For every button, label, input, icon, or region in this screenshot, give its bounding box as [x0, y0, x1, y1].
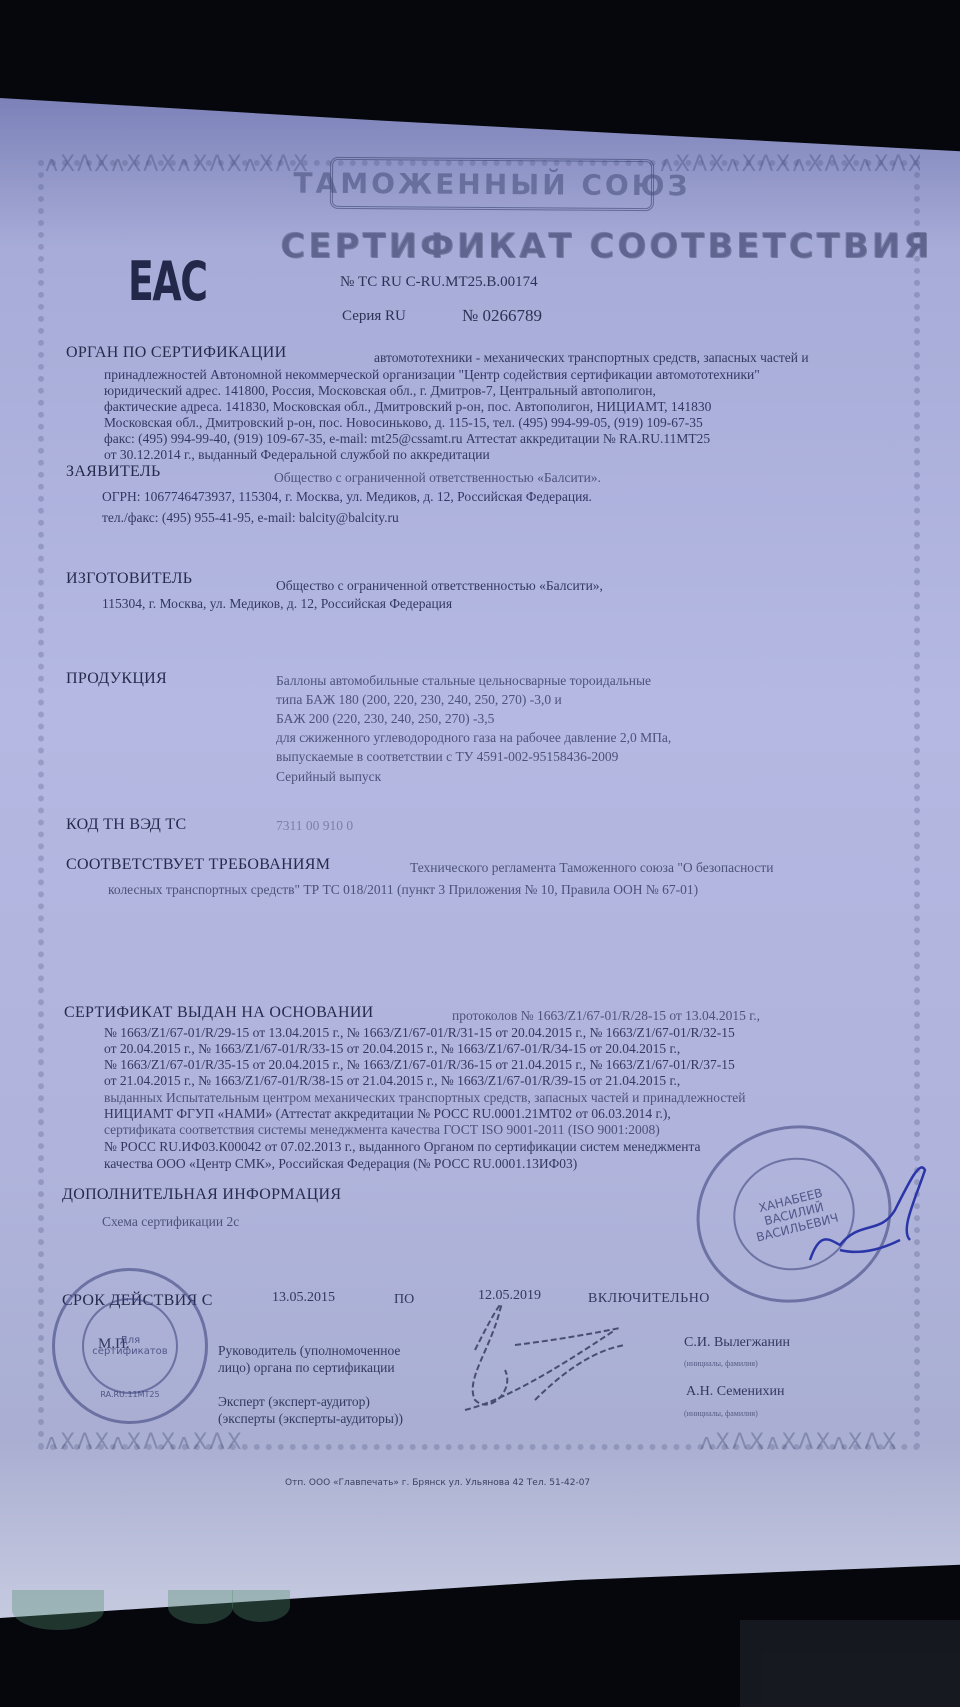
- applicant-contacts: тел./факс: (495) 955-41-95, e-mail: balc…: [102, 510, 399, 526]
- basis-text: сертификата соответствия системы менеджм…: [104, 1122, 660, 1138]
- head-signature: [445, 1290, 705, 1430]
- valid-from-date: 13.05.2015: [272, 1290, 335, 1306]
- product-line: Баллоны автомобильные стальные цельносва…: [276, 673, 651, 689]
- basis-text: качества ООО «Центр СМК», Российская Фед…: [104, 1156, 577, 1172]
- decorative-green-blob: [232, 1590, 290, 1622]
- certification-body-line: факс: (495) 994-99-40, (919) 109-67-35, …: [104, 431, 710, 447]
- certification-body-line: автомототехники - механических транспорт…: [374, 350, 809, 366]
- section-label-certification-body: ОРГАН ПО СЕРТИФИКАЦИИ: [66, 344, 286, 362]
- customs-union-banner: ТАМОЖЕННЫЙ СОЮЗ: [330, 157, 654, 211]
- basis-text: от 20.04.2015 г., № 1663/Z1/67-01/R/33-1…: [104, 1041, 680, 1057]
- certification-body-line: юридический адрес. 141800, Россия, Моско…: [104, 383, 656, 399]
- head-role-line: Руководитель (уполномоченное: [218, 1343, 400, 1359]
- certification-scheme: Схема сертификации 2с: [102, 1214, 239, 1230]
- decorative-green-blob: [168, 1590, 233, 1624]
- hs-code-value: 7311 00 910 0: [276, 818, 353, 834]
- stamp-center-text: Для: [120, 1335, 140, 1346]
- product-line: типа БАЖ 180 (200, 220, 230, 240, 250, 2…: [276, 692, 562, 708]
- certification-body-line: от 30.12.2014 г., выданный Федеральной с…: [104, 447, 490, 463]
- certificate-title: СЕРТИФИКАТ СООТВЕТСТВИЯ: [280, 226, 932, 266]
- applicant-name: Общество с ограниченной ответственностью…: [274, 470, 601, 486]
- manufacturer-address: 115304, г. Москва, ул. Медиков, д. 12, Р…: [102, 596, 452, 612]
- certification-body-line: Московская обл., Дмитровский р-он, пос. …: [104, 415, 703, 431]
- border-pattern-top-left: ʌXΛXʌXΛXʌXΛXʌXΛX: [45, 152, 325, 177]
- expert-role-line: Эксперт (эксперт-аудитор): [218, 1394, 370, 1410]
- basis-text: № 1663/Z1/67-01/R/29-15 от 13.04.2015 г.…: [104, 1025, 735, 1041]
- section-label-conforms: СООТВЕТСТВУЕТ ТРЕБОВАНИЯМ: [66, 856, 330, 874]
- certification-body-line: фактические адреса. 141830, Московская о…: [104, 399, 711, 415]
- certification-body-stamp: Для сертификатов RA.RU.11MT25: [52, 1268, 208, 1424]
- basis-text: НИЦИАМТ ФГУП «НАМИ» (Аттестат аккредитац…: [104, 1106, 671, 1122]
- series-label: Серия RU: [342, 308, 406, 325]
- decorative-green-blob: [12, 1590, 104, 1630]
- background-object: [740, 1620, 960, 1707]
- product-line: Серийный выпуск: [276, 769, 381, 785]
- stamp-center-text: сертификатов: [92, 1346, 167, 1357]
- basis-text: № 1663/Z1/67-01/R/35-15 от 20.04.2015 г.…: [104, 1057, 735, 1073]
- certificate-number: № ТС RU C-RU.MT25.B.00174: [340, 274, 538, 291]
- basis-text: выданных Испытательным центром механичес…: [104, 1090, 745, 1106]
- series-number: № 0266789: [462, 306, 542, 326]
- eac-logo: EAC: [128, 250, 207, 313]
- head-role-line: лицо) органа по сертификации: [218, 1360, 395, 1376]
- basis-text: № РОСС RU.ИФ03.К00042 от 07.02.2013 г., …: [104, 1139, 701, 1155]
- certification-body-line: принадлежностей Автономной некоммерческо…: [104, 367, 760, 383]
- section-label-hs-code: КОД ТН ВЭД ТС: [66, 816, 186, 834]
- section-label-basis: СЕРТИФИКАТ ВЫДАН НА ОСНОВАНИИ: [64, 1004, 374, 1022]
- product-line: выпускаемые в соответствии с ТУ 4591-002…: [276, 749, 618, 765]
- printer-imprint: Отп. ООО «Главпечать» г. Брянск ул. Улья…: [285, 1478, 590, 1488]
- section-label-additional-info: ДОПОЛНИТЕЛЬНАЯ ИНФОРМАЦИЯ: [62, 1186, 341, 1204]
- manufacturer-name: Общество с ограниченной ответственностью…: [276, 578, 603, 594]
- product-line: БАЖ 200 (220, 230, 240, 250, 270) -3,5: [276, 711, 494, 727]
- director-signature: [800, 1150, 940, 1280]
- border-pattern-bottom-left: ʌXΛXʌXΛXʌXΛX: [45, 1430, 255, 1455]
- applicant-details: ОГРН: 1067746473937, 115304, г. Москва, …: [102, 489, 592, 505]
- product-line: для сжиженного углеводородного газа на р…: [276, 730, 671, 746]
- expert-role-line: (эксперты (эксперты-аудиторы)): [218, 1411, 403, 1427]
- basis-text: протоколов № 1663/Z1/67-01/R/28-15 от 13…: [452, 1008, 760, 1024]
- section-label-applicant: ЗАЯВИТЕЛЬ: [66, 463, 161, 481]
- conforms-text: колесных транспортных средств" ТР ТС 018…: [108, 882, 698, 898]
- conforms-text: Технического регламента Таможенного союз…: [410, 860, 774, 876]
- section-label-manufacturer: ИЗГОТОВИТЕЛЬ: [66, 570, 192, 588]
- valid-to-label: ПО: [394, 1292, 414, 1308]
- border-pattern-bottom-right: ʌXΛXʌXΛXʌXΛX: [700, 1430, 920, 1455]
- border-pattern-top-right: ʌXΛXʌXΛXʌXΛXʌXΛX: [660, 152, 920, 177]
- stamp-accreditation: RA.RU.11MT25: [100, 1390, 159, 1399]
- section-label-product: ПРОДУКЦИЯ: [66, 670, 167, 688]
- basis-text: от 21.04.2015 г., № 1663/Z1/67-01/R/38-1…: [104, 1073, 680, 1089]
